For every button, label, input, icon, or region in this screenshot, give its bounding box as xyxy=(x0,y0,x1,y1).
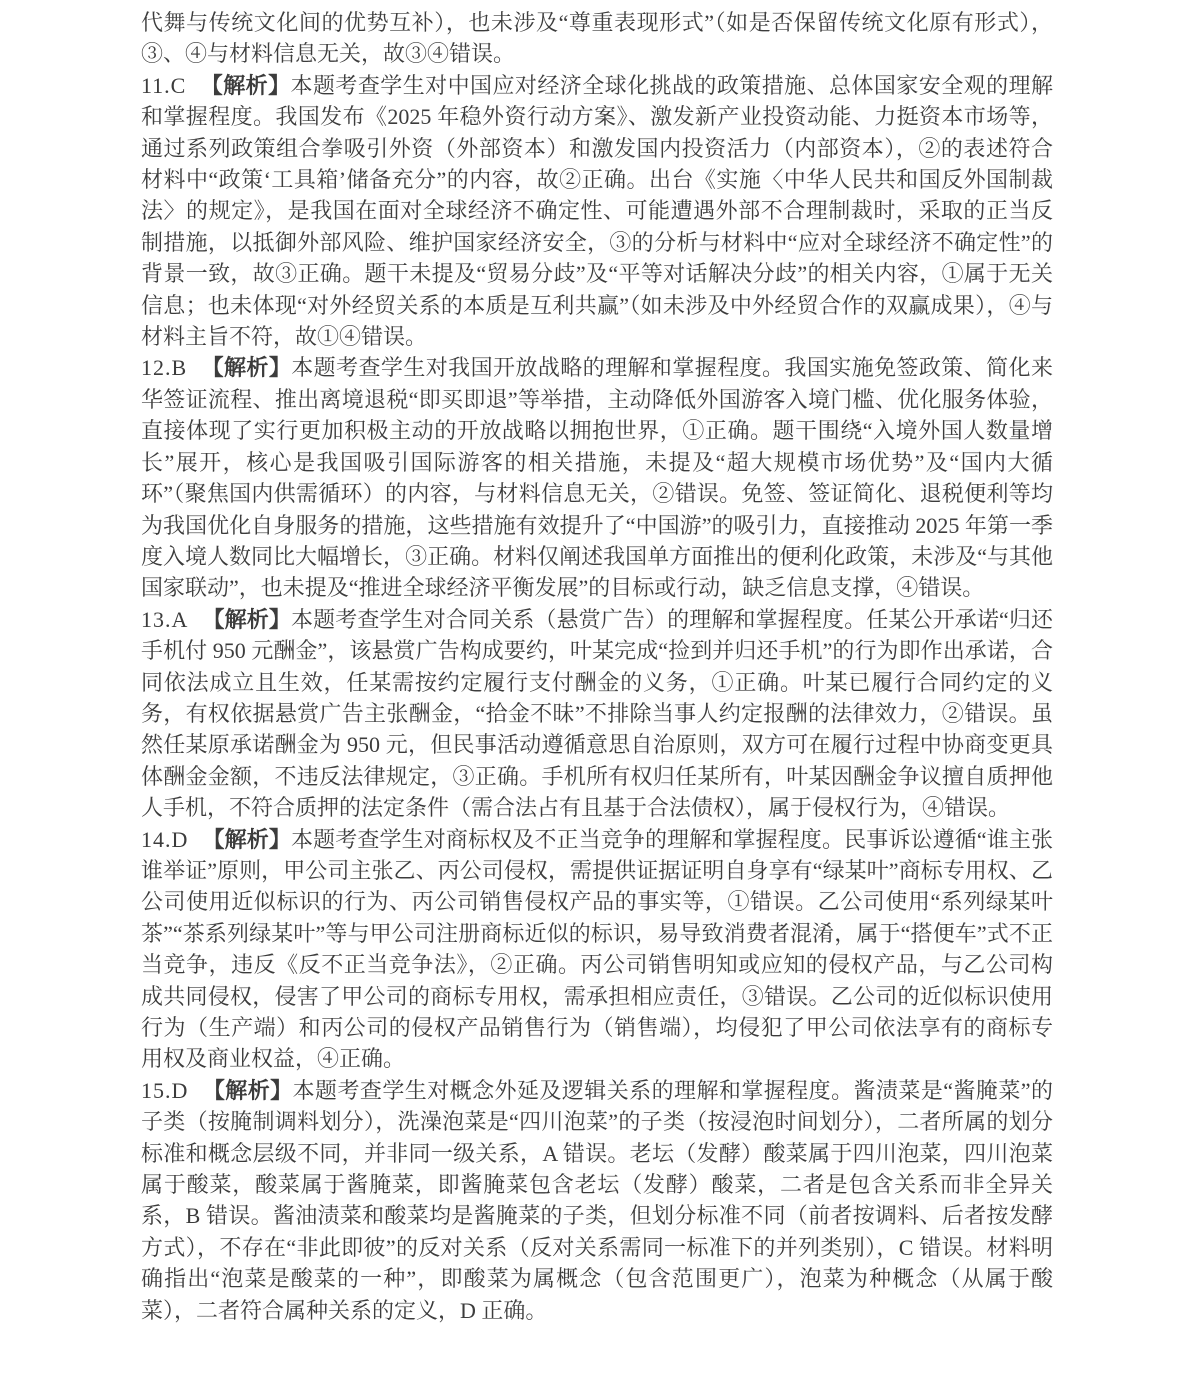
paragraph-continuation: 代舞与传统文化间的优势互补），也未涉及“尊重表现形式”（如是否保留传统文化原有形… xyxy=(141,7,1053,70)
analysis-label: 【解析】 xyxy=(202,827,291,852)
explanation-paragraph-13: 13.A【解析】本题考查学生对合同关系（悬赏广告）的理解和掌握程度。任某公开承诺… xyxy=(141,604,1053,824)
explanation-text: 代舞与传统文化间的优势互补），也未涉及“尊重表现形式”（如是否保留传统文化原有形… xyxy=(141,10,1053,66)
analysis-label: 【解析】 xyxy=(202,1078,292,1103)
explanation-text: 本题考查学生对商标权及不正当竞争的理解和掌握程度。民事诉讼遵循“谁主张谁举证”原… xyxy=(141,827,1053,1072)
explanation-paragraph-14: 14.D【解析】本题考查学生对商标权及不正当竞争的理解和掌握程度。民事诉讼遵循“… xyxy=(141,824,1053,1075)
answer-number: 13.A xyxy=(141,607,188,632)
explanation-text: 本题考查学生对概念外延及逻辑关系的理解和掌握程度。酱渍菜是“酱腌菜”的子类（按腌… xyxy=(141,1078,1053,1323)
explanation-text: 本题考查学生对合同关系（悬赏广告）的理解和掌握程度。任某公开承诺“归还手机付 9… xyxy=(141,607,1053,820)
answer-number: 14.D xyxy=(141,827,188,852)
answer-number: 15.D xyxy=(141,1078,188,1103)
explanation-text: 本题考查学生对中国应对经济全球化挑战的政策措施、总体国家安全观的理解和掌握程度。… xyxy=(141,73,1053,349)
analysis-label: 【解析】 xyxy=(201,355,291,380)
analysis-label: 【解析】 xyxy=(200,73,290,98)
explanation-paragraph-11: 11.C【解析】本题考查学生对中国应对经济全球化挑战的政策措施、总体国家安全观的… xyxy=(141,70,1053,353)
explanation-text: 本题考查学生对我国开放战略的理解和掌握程度。我国实施免签政策、简化来华签证流程、… xyxy=(141,355,1053,600)
analysis-label: 【解析】 xyxy=(202,607,291,632)
answer-number: 12.B xyxy=(141,355,187,380)
explanation-paragraph-12: 12.B【解析】本题考查学生对我国开放战略的理解和掌握程度。我国实施免签政策、简… xyxy=(141,352,1053,603)
answer-number: 11.C xyxy=(141,73,186,98)
explanation-paragraph-15: 15.D【解析】本题考查学生对概念外延及逻辑关系的理解和掌握程度。酱渍菜是“酱腌… xyxy=(141,1075,1053,1326)
document-page: 代舞与传统文化间的优势互补），也未涉及“尊重表现形式”（如是否保留传统文化原有形… xyxy=(0,0,1190,1381)
